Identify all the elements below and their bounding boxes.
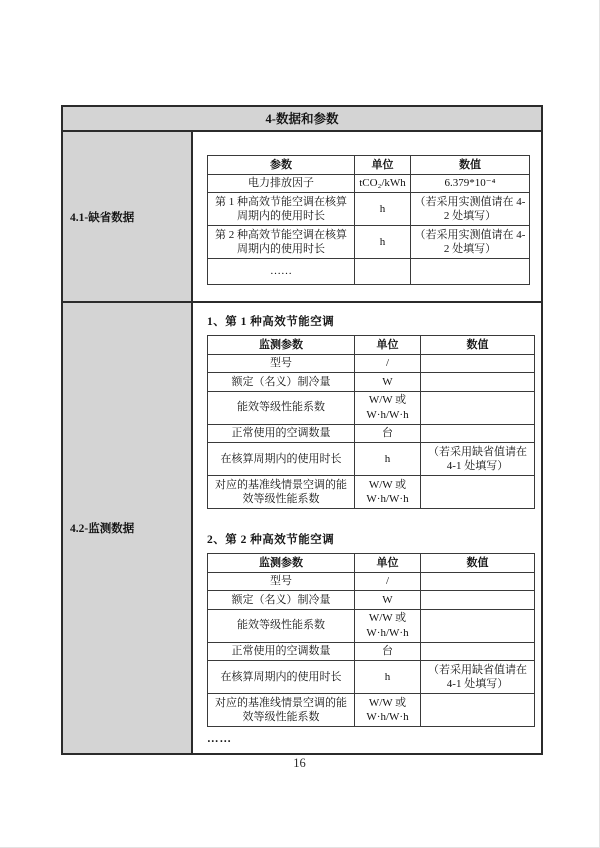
monitoring-table-2: 监测参数 单位 数值 型号 / 额定（名义）制冷量 W: [207, 553, 535, 727]
table-row: 正常使用的空调数量 台: [208, 424, 535, 443]
param-cell: 型号: [208, 572, 355, 591]
param-cell: 在核算周期内的使用时长: [208, 661, 355, 694]
header-cell-value: 数值: [421, 554, 535, 573]
value-cell: （若采用实测值请在 4-2 处填写）: [411, 193, 530, 226]
table-header-row: 监测参数 单位 数值: [208, 336, 535, 355]
table-row: 第 2 种高效节能空调在核算周期内的使用时长 h （若采用实测值请在 4-2 处…: [208, 226, 530, 259]
default-data-table: 参数 单位 数值 电力排放因子 tCO₂/kWh 6.379*10⁻⁴ 第 1 …: [207, 155, 530, 285]
value-cell: [421, 476, 535, 509]
section-4-2-label: 4.2-监测数据: [70, 520, 134, 536]
header-cell-unit: 单位: [355, 554, 421, 573]
data-parameters-outer-table: 4-数据和参数 4.1-缺省数据 参数 单位 数值: [61, 105, 543, 755]
unit-cell: W/W 或 W·h/W·h: [355, 609, 421, 642]
unit-cell: W/W 或 W·h/W·h: [355, 694, 421, 727]
table-row: 额定（名义）制冷量 W: [208, 373, 535, 392]
unit-cell: W/W 或 W·h/W·h: [355, 391, 421, 424]
unit-cell: h: [355, 661, 421, 694]
header-cell-value: 数值: [411, 156, 530, 175]
table-row: 额定（名义）制冷量 W: [208, 591, 535, 610]
param-cell: 第 1 种高效节能空调在核算周期内的使用时长: [208, 193, 355, 226]
table-row: 型号 /: [208, 572, 535, 591]
subsection-2-heading: 2、第 2 种高效节能空调: [207, 531, 541, 547]
param-cell: 额定（名义）制冷量: [208, 591, 355, 610]
table-row: 第 1 种高效节能空调在核算周期内的使用时长 h （若采用实测值请在 4-2 处…: [208, 193, 530, 226]
section-4-header: 4-数据和参数: [63, 107, 541, 132]
section-4-2-label-cell: 4.2-监测数据: [63, 303, 193, 753]
param-cell: 电力排放因子: [208, 174, 355, 193]
param-cell: 能效等级性能系数: [208, 609, 355, 642]
unit-cell: 台: [355, 642, 421, 661]
continuation-ellipsis: ……: [207, 733, 541, 745]
unit-cell: 台: [355, 424, 421, 443]
value-cell: [421, 642, 535, 661]
param-cell: 正常使用的空调数量: [208, 642, 355, 661]
monitoring-table-1: 监测参数 单位 数值 型号 / 额定（名义）制冷量 W: [207, 335, 535, 509]
value-cell: [421, 424, 535, 443]
value-cell: 6.379*10⁻⁴: [411, 174, 530, 193]
table-row: 正常使用的空调数量 台: [208, 642, 535, 661]
header-cell-param: 监测参数: [208, 554, 355, 573]
table-row: 能效等级性能系数 W/W 或 W·h/W·h: [208, 391, 535, 424]
value-cell: [421, 354, 535, 373]
param-cell: 在核算周期内的使用时长: [208, 443, 355, 476]
param-cell: ……: [208, 259, 355, 285]
table-row: 在核算周期内的使用时长 h （若采用缺省值请在 4-1 处填写）: [208, 661, 535, 694]
table-row: 对应的基准线情景空调的能效等级性能系数 W/W 或 W·h/W·h: [208, 694, 535, 727]
document-page: 4-数据和参数 4.1-缺省数据 参数 单位 数值: [0, 0, 600, 848]
value-cell: [421, 609, 535, 642]
unit-cell: h: [355, 226, 411, 259]
value-cell: [421, 694, 535, 727]
table-row: 在核算周期内的使用时长 h （若采用缺省值请在 4-1 处填写）: [208, 443, 535, 476]
unit-cell: tCO₂/kWh: [355, 174, 411, 193]
header-cell-unit: 单位: [355, 156, 411, 175]
param-cell: 正常使用的空调数量: [208, 424, 355, 443]
section-4-title: 4-数据和参数: [266, 112, 339, 126]
unit-cell: /: [355, 354, 421, 373]
param-cell: 对应的基准线情景空调的能效等级性能系数: [208, 694, 355, 727]
section-4-1-label: 4.1-缺省数据: [70, 209, 134, 225]
table-row: 电力排放因子 tCO₂/kWh 6.379*10⁻⁴: [208, 174, 530, 193]
unit-cell: W/W 或 W·h/W·h: [355, 476, 421, 509]
value-cell: [421, 373, 535, 392]
section-4-2-row: 4.2-监测数据 1、第 1 种高效节能空调 监测参数 单位 数值: [63, 301, 541, 753]
header-cell-param: 参数: [208, 156, 355, 175]
value-cell: （若采用缺省值请在 4-1 处填写）: [421, 443, 535, 476]
unit-cell: W: [355, 591, 421, 610]
param-cell: 第 2 种高效节能空调在核算周期内的使用时长: [208, 226, 355, 259]
header-cell-value: 数值: [421, 336, 535, 355]
section-4-2-content: 1、第 1 种高效节能空调 监测参数 单位 数值 型号 /: [193, 303, 541, 753]
header-cell-unit: 单位: [355, 336, 421, 355]
value-cell: （若采用实测值请在 4-2 处填写）: [411, 226, 530, 259]
unit-cell: h: [355, 443, 421, 476]
table-header-row: 监测参数 单位 数值: [208, 554, 535, 573]
value-cell: [421, 572, 535, 591]
value-cell: [421, 391, 535, 424]
param-cell: 额定（名义）制冷量: [208, 373, 355, 392]
unit-cell: /: [355, 572, 421, 591]
value-cell: （若采用缺省值请在 4-1 处填写）: [421, 661, 535, 694]
section-4-1-row: 4.1-缺省数据 参数 单位 数值 电力排放因子: [63, 132, 541, 301]
table-header-row: 参数 单位 数值: [208, 156, 530, 175]
unit-cell: [355, 259, 411, 285]
header-cell-param: 监测参数: [208, 336, 355, 355]
value-cell: [411, 259, 530, 285]
param-cell: 能效等级性能系数: [208, 391, 355, 424]
unit-cell: W: [355, 373, 421, 392]
table-row: 对应的基准线情景空调的能效等级性能系数 W/W 或 W·h/W·h: [208, 476, 535, 509]
value-cell: [421, 591, 535, 610]
unit-cell: h: [355, 193, 411, 226]
param-cell: 对应的基准线情景空调的能效等级性能系数: [208, 476, 355, 509]
param-cell: 型号: [208, 354, 355, 373]
subsection-1-heading: 1、第 1 种高效节能空调: [207, 313, 541, 329]
page-number: 16: [0, 756, 599, 771]
section-4-1-label-cell: 4.1-缺省数据: [63, 132, 193, 301]
table-row: ……: [208, 259, 530, 285]
table-row: 型号 /: [208, 354, 535, 373]
table-row: 能效等级性能系数 W/W 或 W·h/W·h: [208, 609, 535, 642]
section-4-1-content: 参数 单位 数值 电力排放因子 tCO₂/kWh 6.379*10⁻⁴ 第 1 …: [193, 132, 541, 301]
